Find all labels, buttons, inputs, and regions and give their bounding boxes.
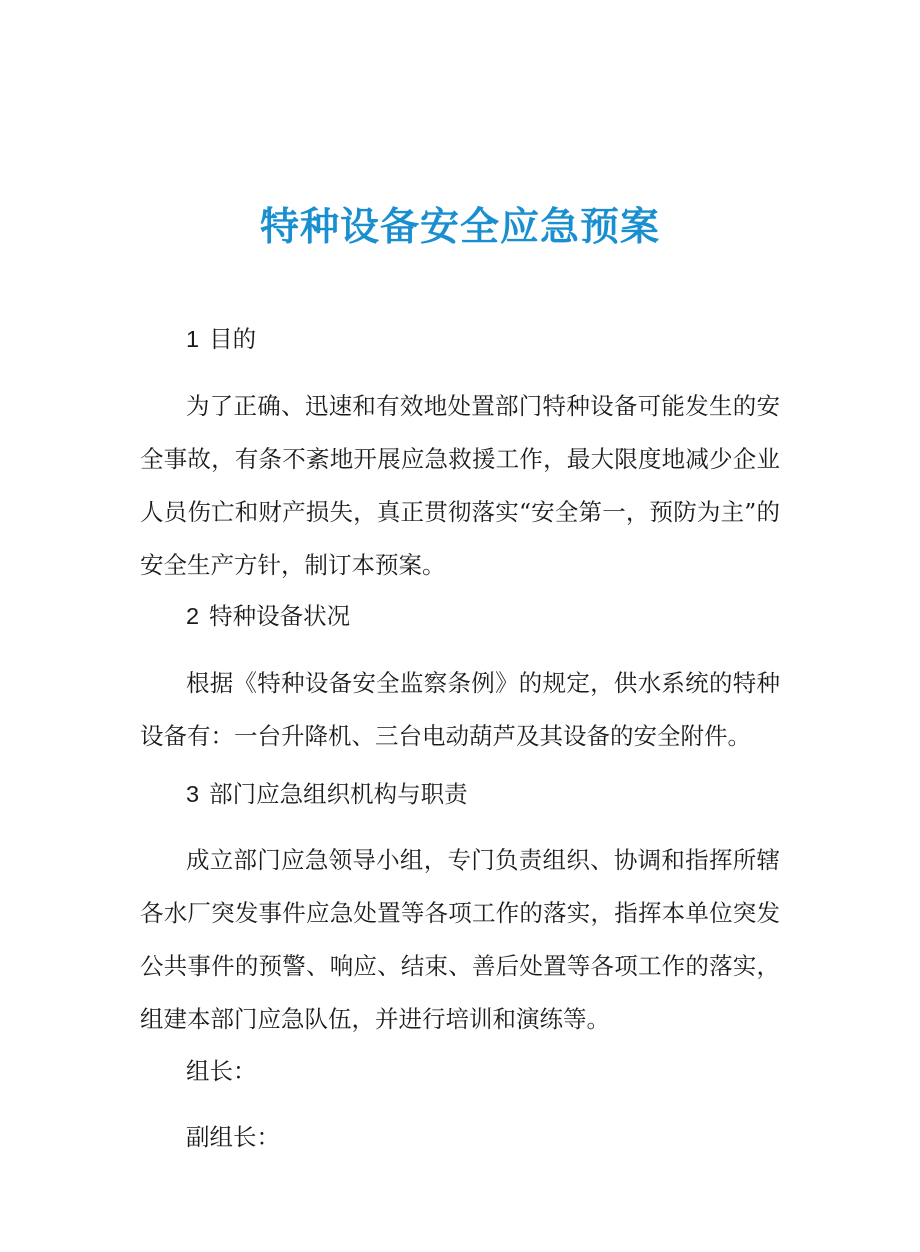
role-leader: 组长： bbox=[140, 1045, 826, 1098]
section-title: 目的 bbox=[209, 325, 256, 353]
role-deputy-leader: 副组长： bbox=[140, 1111, 826, 1164]
section-heading-1: 1目的 bbox=[140, 313, 826, 366]
paragraph-organization: 成立部门应急领导小组，专门负责组织、协调和指挥所辖各水厂突发事件应急处置等各项工… bbox=[140, 834, 780, 1046]
section-heading-2: 2特种设备状况 bbox=[140, 590, 826, 643]
section-title: 特种设备状况 bbox=[209, 602, 350, 630]
paragraph-equipment: 根据《特种设备安全监察条例》的规定，供水系统的特种设备有：一台升降机、三台电动葫… bbox=[140, 657, 780, 763]
section-number: 3 bbox=[186, 781, 199, 807]
document-title: 特种设备安全应急预案 bbox=[0, 196, 920, 252]
section-number: 1 bbox=[186, 326, 199, 352]
section-title: 部门应急组织机构与职责 bbox=[209, 780, 468, 808]
paragraph-purpose: 为了正确、迅速和有效地处置部门特种设备可能发生的安全事故，有条不紊地开展应急救援… bbox=[140, 380, 780, 592]
section-number: 2 bbox=[186, 603, 199, 629]
section-heading-3: 3部门应急组织机构与职责 bbox=[140, 768, 826, 821]
